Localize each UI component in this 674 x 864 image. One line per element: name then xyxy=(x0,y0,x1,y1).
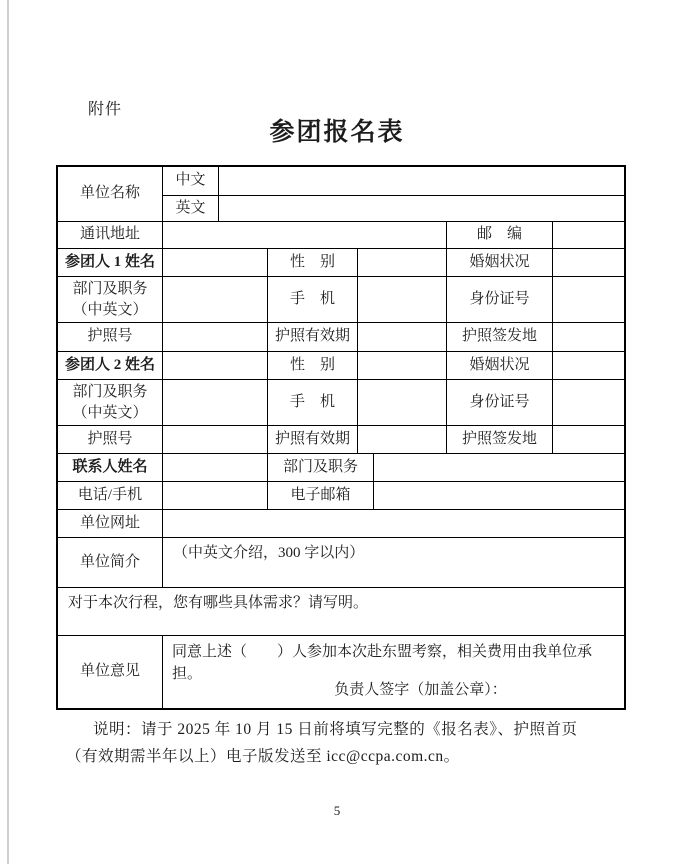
contact-name-label: 联系人姓名 xyxy=(58,454,163,482)
member2-passport-label: 护照号 xyxy=(58,426,163,454)
postcode-field xyxy=(553,222,624,249)
member2-name-field xyxy=(163,352,268,380)
contact-dept-field xyxy=(374,454,624,482)
unit-name-en-field xyxy=(219,196,624,222)
contact-dept-label: 部门及职务 xyxy=(268,454,374,482)
member2-gender-field xyxy=(358,352,447,380)
unit-name-cn-label: 中文 xyxy=(163,167,219,196)
member2-passport-valid-field xyxy=(358,426,447,454)
member1-name-field xyxy=(163,249,268,277)
member1-mobile-label: 手 机 xyxy=(268,277,358,323)
member1-gender-label: 性 别 xyxy=(268,249,358,277)
member2-mobile-label: 手 机 xyxy=(268,380,358,426)
profile-label: 单位简介 xyxy=(58,538,163,588)
opinion-signature-line: 负责人签字（加盖公章）： xyxy=(163,680,624,702)
opinion-label: 单位意见 xyxy=(58,636,163,708)
member2-mobile-field xyxy=(358,380,447,426)
member1-id-label: 身份证号 xyxy=(447,277,553,323)
member1-passport-label: 护照号 xyxy=(58,323,163,352)
member2-id-label: 身份证号 xyxy=(447,380,553,426)
member1-gender-field xyxy=(358,249,447,277)
member2-passport-issue-label: 护照签发地 xyxy=(447,426,553,454)
contact-name-field xyxy=(163,454,268,482)
member1-passport-valid-label: 护照有效期 xyxy=(268,323,358,352)
member1-id-field xyxy=(553,277,624,323)
opinion-field: 同意上述（ ）人参加本次赴东盟考察，相关费用由我单位承担。 负责人签字（加盖公章… xyxy=(163,636,624,708)
website-label: 单位网址 xyxy=(58,510,163,538)
unit-name-label: 单位名称 xyxy=(58,167,163,222)
phone-field xyxy=(163,482,268,510)
member2-dept-field xyxy=(163,380,268,426)
member1-dept-label-line1: 部门及职务 xyxy=(72,279,147,299)
member2-marital-field xyxy=(553,352,624,380)
website-field xyxy=(163,510,624,538)
member2-passport-valid-label: 护照有效期 xyxy=(268,426,358,454)
member2-passport-issue-field xyxy=(553,426,624,454)
unit-name-cn-field xyxy=(219,167,624,196)
needs-question-cell: 对于本次行程，您有哪些具体需求？请写明。 xyxy=(58,588,624,636)
member2-gender-label: 性 别 xyxy=(268,352,358,380)
member1-passport-valid-field xyxy=(358,323,447,352)
member2-passport-field xyxy=(163,426,268,454)
member2-dept-label: 部门及职务 （中英文） xyxy=(58,380,163,426)
phone-label: 电话/手机 xyxy=(58,482,163,510)
profile-field: （中英文介绍，300 字以内） xyxy=(163,538,624,588)
member2-dept-label-line1: 部门及职务 xyxy=(72,382,147,402)
member1-dept-label-line2: （中英文） xyxy=(72,300,147,320)
member2-name-label: 参团人 2 姓名 xyxy=(58,352,163,380)
postcode-label: 邮 编 xyxy=(447,222,553,249)
registration-form-table: 单位名称 中文 英文 通讯地址 邮 编 参团人 1 姓名 性 别 婚姻状况 部门… xyxy=(56,165,626,710)
page-title: 参团报名表 xyxy=(0,112,674,148)
member1-passport-issue-field xyxy=(553,323,624,352)
email-label: 电子邮箱 xyxy=(268,482,374,510)
member1-mobile-field xyxy=(358,277,447,323)
address-label: 通讯地址 xyxy=(58,222,163,249)
member1-marital-label: 婚姻状况 xyxy=(447,249,553,277)
member2-id-field xyxy=(553,380,624,426)
address-field xyxy=(163,222,447,249)
opinion-statement: 同意上述（ ）人参加本次赴东盟考察，相关费用由我单位承担。 xyxy=(172,642,620,686)
page-number: 5 xyxy=(0,803,674,819)
member1-passport-issue-label: 护照签发地 xyxy=(447,323,553,352)
instruction-note-line1: 说明：请于 2025 年 10 月 15 日前将填写完整的《报名表》、护照首页 xyxy=(93,717,578,739)
member2-dept-label-line2: （中英文） xyxy=(72,403,147,423)
unit-name-en-label: 英文 xyxy=(163,196,219,222)
member1-name-label: 参团人 1 姓名 xyxy=(58,249,163,277)
member1-dept-label: 部门及职务 （中英文） xyxy=(58,277,163,323)
member1-passport-field xyxy=(163,323,268,352)
member2-marital-label: 婚姻状况 xyxy=(447,352,553,380)
member1-marital-field xyxy=(553,249,624,277)
member1-dept-field xyxy=(163,277,268,323)
instruction-note-line2: （有效期需半年以上）电子版发送至 icc@ccpa.com.cn。 xyxy=(66,744,460,766)
email-field xyxy=(374,482,624,510)
